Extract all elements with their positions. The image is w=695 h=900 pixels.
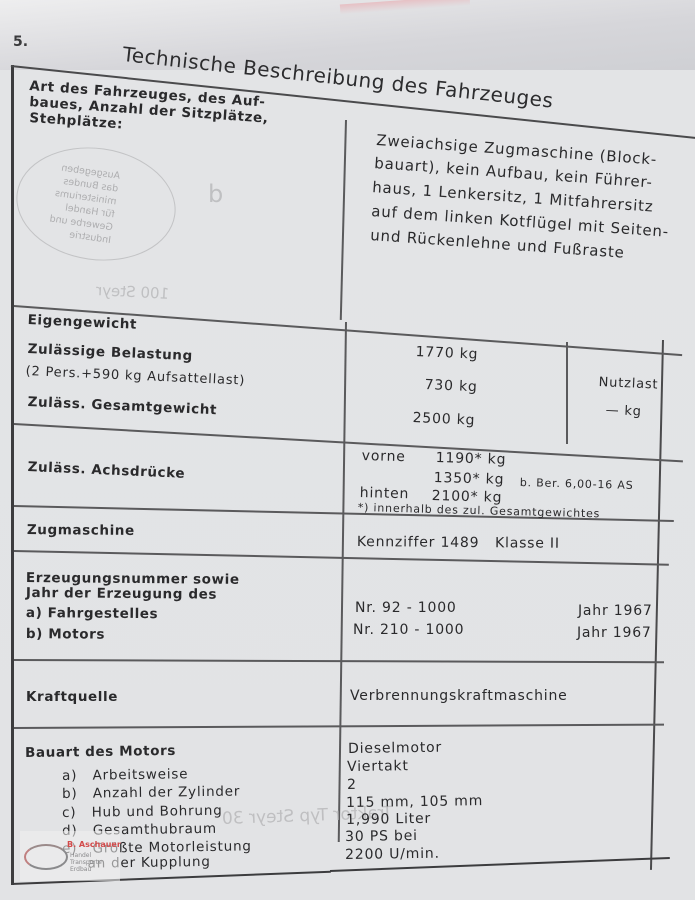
value-motorleistung: 30 PS bei xyxy=(345,828,418,845)
label-nutzlast: Nutzlast xyxy=(598,375,658,393)
table-border-left xyxy=(11,65,14,885)
label-erzeugung-line-2: Jahr der Erzeugung des xyxy=(26,585,217,603)
value-hubraum: 1,990 Liter xyxy=(346,811,431,828)
value-zugmaschine: Kennziffer 1489 Klasse II xyxy=(357,534,560,552)
value-zylinder: 2 xyxy=(347,777,357,793)
column-divider xyxy=(338,322,347,842)
value-arbeitsweise: Viertakt xyxy=(347,758,409,775)
label-kraftquelle: Kraftquelle xyxy=(26,689,118,705)
label-fahrgestell: a) Fahrgestelles xyxy=(26,605,158,622)
label-arbeitsweise: a) Arbeitsweise xyxy=(62,766,188,784)
value-belastung: 730 kg xyxy=(424,377,478,395)
label-hub-bohrung: c) Hub und Bohrung xyxy=(62,803,223,821)
label-gesamtgewicht: Zuläss. Gesamtgewicht xyxy=(27,394,217,418)
row-divider xyxy=(14,423,683,462)
label-motor-nr: b) Motors xyxy=(26,626,105,643)
row-divider xyxy=(14,659,664,663)
label-bauart-motor: Bauart des Motors xyxy=(25,743,176,761)
label-zulaessige-belastung: Zulässige Belastung xyxy=(27,341,193,364)
axle-position-rear: hinten xyxy=(360,485,410,502)
label-achsdruecke: Zuläss. Achsdrücke xyxy=(27,459,185,482)
value-motor-nr: Nr. 210 - 1000 xyxy=(353,622,464,638)
column-divider xyxy=(566,342,568,444)
watermark-name: B. Aschauer xyxy=(67,840,121,849)
value-kraftquelle: Verbrennungskraftmaschine xyxy=(350,688,568,704)
watermark-subtitle: HandelTransporteErdbau xyxy=(70,852,102,873)
document-page: 5. Technische Beschreibung des Fahrzeuge… xyxy=(0,0,695,900)
value-fahrgestell-nr: Nr. 92 - 1000 xyxy=(355,600,457,616)
value-gesamtgewicht: 2500 kg xyxy=(412,410,475,429)
axle-load-front-alt-note: b. Ber. 6,00-16 AS xyxy=(520,476,634,492)
value-motorart: Dieselmotor xyxy=(348,740,442,757)
axle-load-front-alt: 1350* kg xyxy=(434,470,505,488)
note-belastung: (2 Pers.+590 kg Aufsattellast) xyxy=(25,364,245,389)
ghost-text: 100 Steyr xyxy=(96,281,170,303)
label-zugmaschine: Zugmaschine xyxy=(27,522,135,539)
value-hub-bohrung: 115 mm, 105 mm xyxy=(346,793,483,811)
axle-footnote: *) innerhalb des zul. Gesamtgewichtes xyxy=(358,501,601,520)
value-eigengewicht: 1770 kg xyxy=(415,344,478,363)
label-eigengewicht: Eigengewicht xyxy=(27,312,137,333)
axle-load-front: 1190* kg xyxy=(436,450,507,468)
axle-position-front: vorne xyxy=(362,448,406,465)
value-motor-jahr: Jahr 1967 xyxy=(577,625,652,641)
ghost-letter: b xyxy=(208,180,223,208)
value-fahrgestell-jahr: Jahr 1967 xyxy=(578,603,653,619)
value-nutzlast: — kg xyxy=(605,403,642,420)
label-zylinder: b) Anzahl der Zylinder xyxy=(62,784,240,802)
column-divider xyxy=(340,120,347,320)
page-number: 5. xyxy=(13,34,28,50)
stamp-text: Ausgegeben das Bundes ministeriums für H… xyxy=(47,161,121,247)
value-drehzahl: 2200 U/min. xyxy=(345,846,440,863)
excavator-logo-icon xyxy=(24,844,68,870)
